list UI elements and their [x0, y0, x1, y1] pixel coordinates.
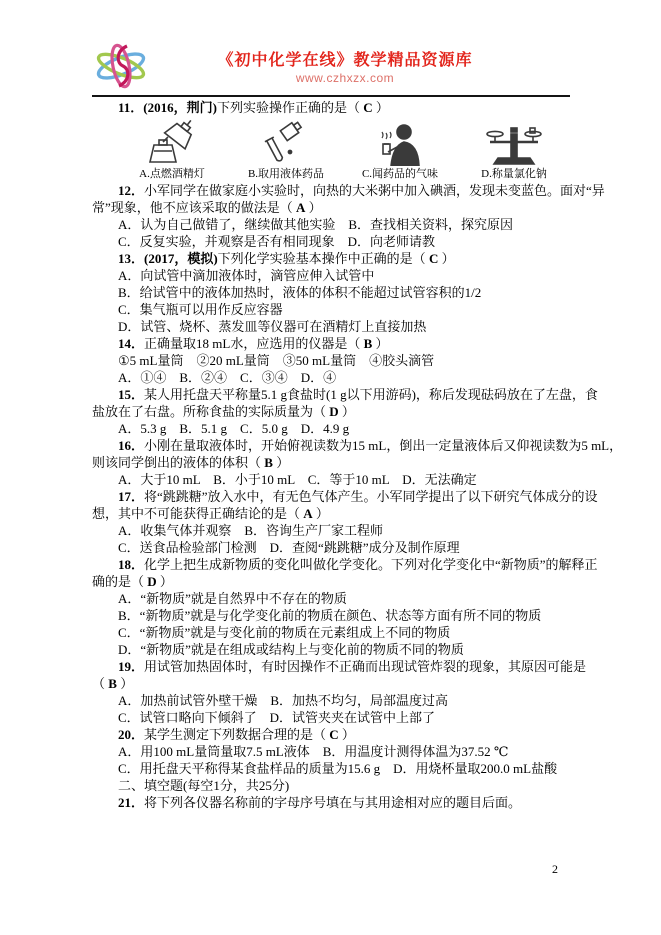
text-line: 则该同学倒出的液体的体积（ B ）	[92, 454, 570, 471]
question-11-figures: A.点燃酒精灯	[92, 116, 570, 182]
text-line: C．集气瓶可以用作反应容器	[92, 301, 570, 318]
text-line: 11．(2016，荆门)下列实验操作正确的是（ C ）	[92, 99, 570, 116]
text-line: 盐放在了右盘。所称食盐的实际质量为（ D ）	[92, 403, 570, 420]
figure-option-a: A.点燃酒精灯	[120, 118, 224, 182]
text-line: 21．将下列各仪器名称前的字母序号填在与其用途相对应的题目后面。	[92, 794, 570, 811]
text-line: （ B ）	[92, 675, 570, 692]
figure-caption: C.闻药品的气味	[348, 167, 452, 181]
site-url: www.czhxzx.com	[150, 71, 540, 85]
text-line: A．“新物质”就是自然界中不存在的物质	[92, 590, 570, 607]
questions-text-block: 12．小军同学在做家庭小实验时，向热的大米粥中加入碘酒，发现未变蓝色。面对“异常…	[92, 182, 570, 811]
question-11-stem: 11．(2016，荆门)下列实验操作正确的是（ C ）	[92, 99, 570, 116]
document-content: 《初中化学在线》教学精品资源库 www.czhxzx.com 11．(2016，…	[92, 40, 570, 811]
text-line: C．送食品检验部门检测 D．查阅“跳跳糖”成分及制作原理	[92, 539, 570, 556]
text-line: A．加热前试管外壁干燥 B．加热不均匀，局部温度过高	[92, 692, 570, 709]
text-line: 常”现象，他不应该采取的做法是（ A ）	[92, 199, 570, 216]
text-line: ①5 mL量筒 ②20 mL量筒 ③50 mL量筒 ④胶头滴管	[92, 352, 570, 369]
text-line: 二、填空题(每空1分，共25分)	[92, 777, 570, 794]
text-line: A．①④ B．②④ C．③④ D．④	[92, 369, 570, 386]
text-line: A．收集气体并观察 B．咨询生产厂家工程师	[92, 522, 570, 539]
text-line: C．“新物质”就是与变化前的物质在元素组成上不同的物质	[92, 624, 570, 641]
text-line: A．5.3 g B．5.1 g C．5.0 g D．4.9 g	[92, 420, 570, 437]
text-line: A．向试管中滴加液体时，滴管应伸入试管中	[92, 267, 570, 284]
text-line: 13．(2017，模拟)下列化学实验基本操作中正确的是（ C ）	[92, 250, 570, 267]
resource-site-header: 《初中化学在线》教学精品资源库 www.czhxzx.com	[92, 40, 570, 97]
text-line: C．试管口略向下倾斜了 D．试管夹夹在试管中上部了	[92, 709, 570, 726]
text-line: 19．用试管加热固体时，有时因操作不正确而出现试管炸裂的现象，其原因可能是	[92, 658, 570, 675]
text-line: A．大于10 mL B．小于10 mL C．等于10 mL D．无法确定	[92, 471, 570, 488]
text-line: 17．将“跳跳糖”放入水中，有无色气体产生。小军同学提出了以下研究气体成分的设	[92, 488, 570, 505]
site-title: 《初中化学在线》教学精品资源库	[150, 47, 540, 70]
pouring-liquid-icon	[234, 118, 338, 166]
text-line: B．给试管中的液体加热时，液体的体积不能超过试管容积的1/2	[92, 284, 570, 301]
text-line: A．认为自己做错了，继续做其他实验 B．查找相关资料，探究原因	[92, 216, 570, 233]
text-line: A．用100 mL量筒量取7.5 mL液体 B．用温度计测得体温为37.52 ℃	[92, 743, 570, 760]
figure-option-c: C.闻药品的气味	[348, 118, 452, 182]
figure-caption: D.称量氯化钠	[462, 167, 566, 181]
text-line: C．反复实验，并观察是否有相同现象 D．向老师请教	[92, 233, 570, 250]
text-line: 想，其中不可能获得正确结论的是（ A ）	[92, 505, 570, 522]
text-line: 12．小军同学在做家庭小实验时，向热的大米粥中加入碘酒，发现未变蓝色。面对“异	[92, 182, 570, 199]
text-line: 确的是（ D ）	[92, 573, 570, 590]
exam-questions: 11．(2016，荆门)下列实验操作正确的是（ C ）	[92, 97, 570, 811]
site-title-block: 《初中化学在线》教学精品资源库 www.czhxzx.com	[150, 47, 570, 85]
figure-caption: B.取用液体药品	[234, 167, 338, 181]
figure-caption: A.点燃酒精灯	[120, 167, 224, 181]
text-line: C．用托盘天平称得某食盐样品的质量为15.6 g D．用烧杯量取200.0 mL…	[92, 760, 570, 777]
text-line: 16．小刚在量取液体时，开始俯视读数为15 mL，倒出一定量液体后又仰视读数为5…	[92, 437, 570, 454]
text-line: 20．某学生测定下列数据合理的是（ C ）	[92, 726, 570, 743]
page-number: 2	[552, 862, 558, 877]
worksheet-page: 《初中化学在线》教学精品资源库 www.czhxzx.com 11．(2016，…	[0, 0, 661, 935]
balance-scale-icon	[462, 118, 566, 166]
text-line: D．“新物质”就是在组成或结构上与变化前的物质不同的物质	[92, 641, 570, 658]
text-line: B．“新物质”就是与化学变化前的物质在颜色、状态等方面有所不同的物质	[92, 607, 570, 624]
text-line: 14．正确量取18 mL水，应选用的仪器是（ B ）	[92, 335, 570, 352]
text-line: 15．某人用托盘天平称量5.1 g食盐时(1 g以下用游码)，称后发现砝码放在了…	[92, 386, 570, 403]
text-line: D．试管、烧杯、蒸发皿等仪器可在酒精灯上直接加热	[92, 318, 570, 335]
figure-option-b: B.取用液体药品	[234, 118, 338, 182]
figure-option-d: D.称量氯化钠	[462, 118, 566, 182]
atom-logo-icon	[92, 41, 150, 91]
alcohol-lamp-lighting-icon	[120, 118, 224, 166]
text-line: 18．化学上把生成新物质的变化叫做化学变化。下列对化学变化中“新物质”的解释正	[92, 556, 570, 573]
smelling-chemical-icon	[348, 118, 452, 166]
